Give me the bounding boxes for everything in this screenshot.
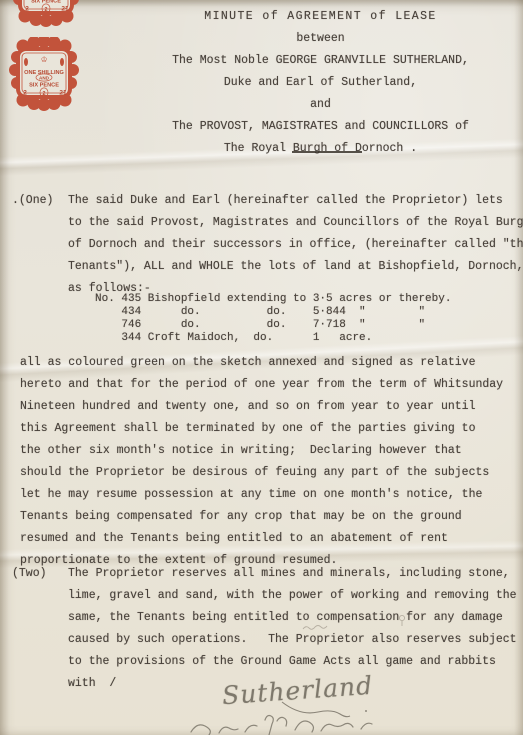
clause-two-line: caused by such operations. The Proprieto… [68, 629, 517, 651]
clause-one-line: let he may resume possession at any time… [20, 484, 503, 506]
underline-rule [292, 151, 362, 153]
party1-name: The Most Noble GEORGE GRANVILLE SUTHERLA… [120, 50, 521, 72]
party2-place: The Royal Burgh of Dornoch . [120, 138, 521, 160]
partial-signature [185, 712, 415, 735]
clause-one-line: Nineteen hundred and twenty one, and so … [20, 396, 503, 418]
clause-one-line: the other six month's notice in writing;… [20, 440, 503, 462]
clause-one-line: Tenants being compensated for any crop t… [20, 506, 503, 528]
party1-title: Duke and Earl of Sutherland, [120, 72, 521, 94]
document-title: MINUTE of AGREEMENT of LEASE [120, 6, 521, 28]
conjunction: and [120, 94, 521, 116]
clause-one-line: to the said Provost, Magistrates and Cou… [68, 212, 523, 234]
clause-one-body: The said Duke and Earl (hereinafter call… [68, 190, 523, 300]
clause-one-continuation: all as coloured green on the sketch anne… [20, 352, 503, 572]
clause-one-line: of Dornoch and their successors in offic… [68, 234, 523, 256]
clause-one-line: should the Proprietor be desirous of feu… [20, 462, 503, 484]
revenue-stamp: ♔ ONE SHILLING AND SIX PENCE 2 2 21 [9, 37, 79, 115]
schedule-row: 434 do. do. 5·844 " " [95, 306, 451, 319]
clause-two-line: to the provisions of the Ground Game Act… [68, 651, 517, 673]
clause-two-body: The Proprietor reserves all mines and mi… [68, 563, 517, 695]
clause-one-line: all as coloured green on the sketch anne… [20, 352, 503, 374]
clause-one-label: .(One) [12, 190, 53, 212]
clause-one-line: resumed and the Tenants being entitled t… [20, 528, 503, 550]
clause-two-line: The Proprietor reserves all mines and mi… [68, 563, 517, 585]
clause-one-line: Tenants"), ALL and WHOLE the lots of lan… [68, 256, 523, 278]
stamp-number-left: 2 [23, 90, 27, 97]
schedule-row: 746 do. do. 7·718 " " [95, 319, 451, 332]
clause-two-line: lime, gravel and sand, with the power of… [68, 585, 517, 607]
pencil-annotation [396, 614, 408, 633]
revenue-stamp-icon: ♔ ONE SHILLING AND SIX PENCE 2 2 21 [9, 37, 79, 115]
stamp-number-right: 21 [61, 6, 69, 13]
land-schedule-table: No. 435 Bishopfield extending to 3·5 acr… [95, 293, 451, 345]
stamp-number-right: 21 [59, 90, 67, 97]
crown-icon: ♔ [41, 55, 47, 66]
revenue-stamp-fragment: ♔ ONE SHILLING AND SIX PENCE 2 2 21 [11, 0, 81, 30]
between-label: between [120, 28, 521, 50]
schedule-row: 344 Croft Maidoch, do. 1 acre. [95, 332, 451, 345]
revenue-stamp-icon: ♔ ONE SHILLING AND SIX PENCE 2 2 21 [11, 0, 81, 30]
clause-one-line: hereto and that for the period of one ye… [20, 374, 503, 396]
stamp-number-center: 2 [45, 7, 48, 13]
clause-one-line: The said Duke and Earl (hereinafter call… [68, 190, 523, 212]
clause-two-line: same, the Tenants being entitled to comp… [68, 607, 517, 629]
party2-name: The PROVOST, MAGISTRATES and COUNCILLORS… [120, 116, 521, 138]
document-page: ♔ ONE SHILLING AND SIX PENCE 2 2 21 [0, 0, 523, 735]
stamp-number-center: 2 [43, 91, 46, 97]
stamp-number-left: 2 [25, 6, 29, 13]
clause-two-label: (Two) [12, 563, 47, 585]
document-header: MINUTE of AGREEMENT of LEASE between The… [120, 6, 521, 160]
pencil-annotation [302, 619, 332, 637]
schedule-row: No. 435 Bishopfield extending to 3·5 acr… [95, 293, 451, 306]
clause-one-line: this Agreement shall be terminated by on… [20, 418, 503, 440]
stamp-denomination-line2: AND [39, 76, 50, 81]
